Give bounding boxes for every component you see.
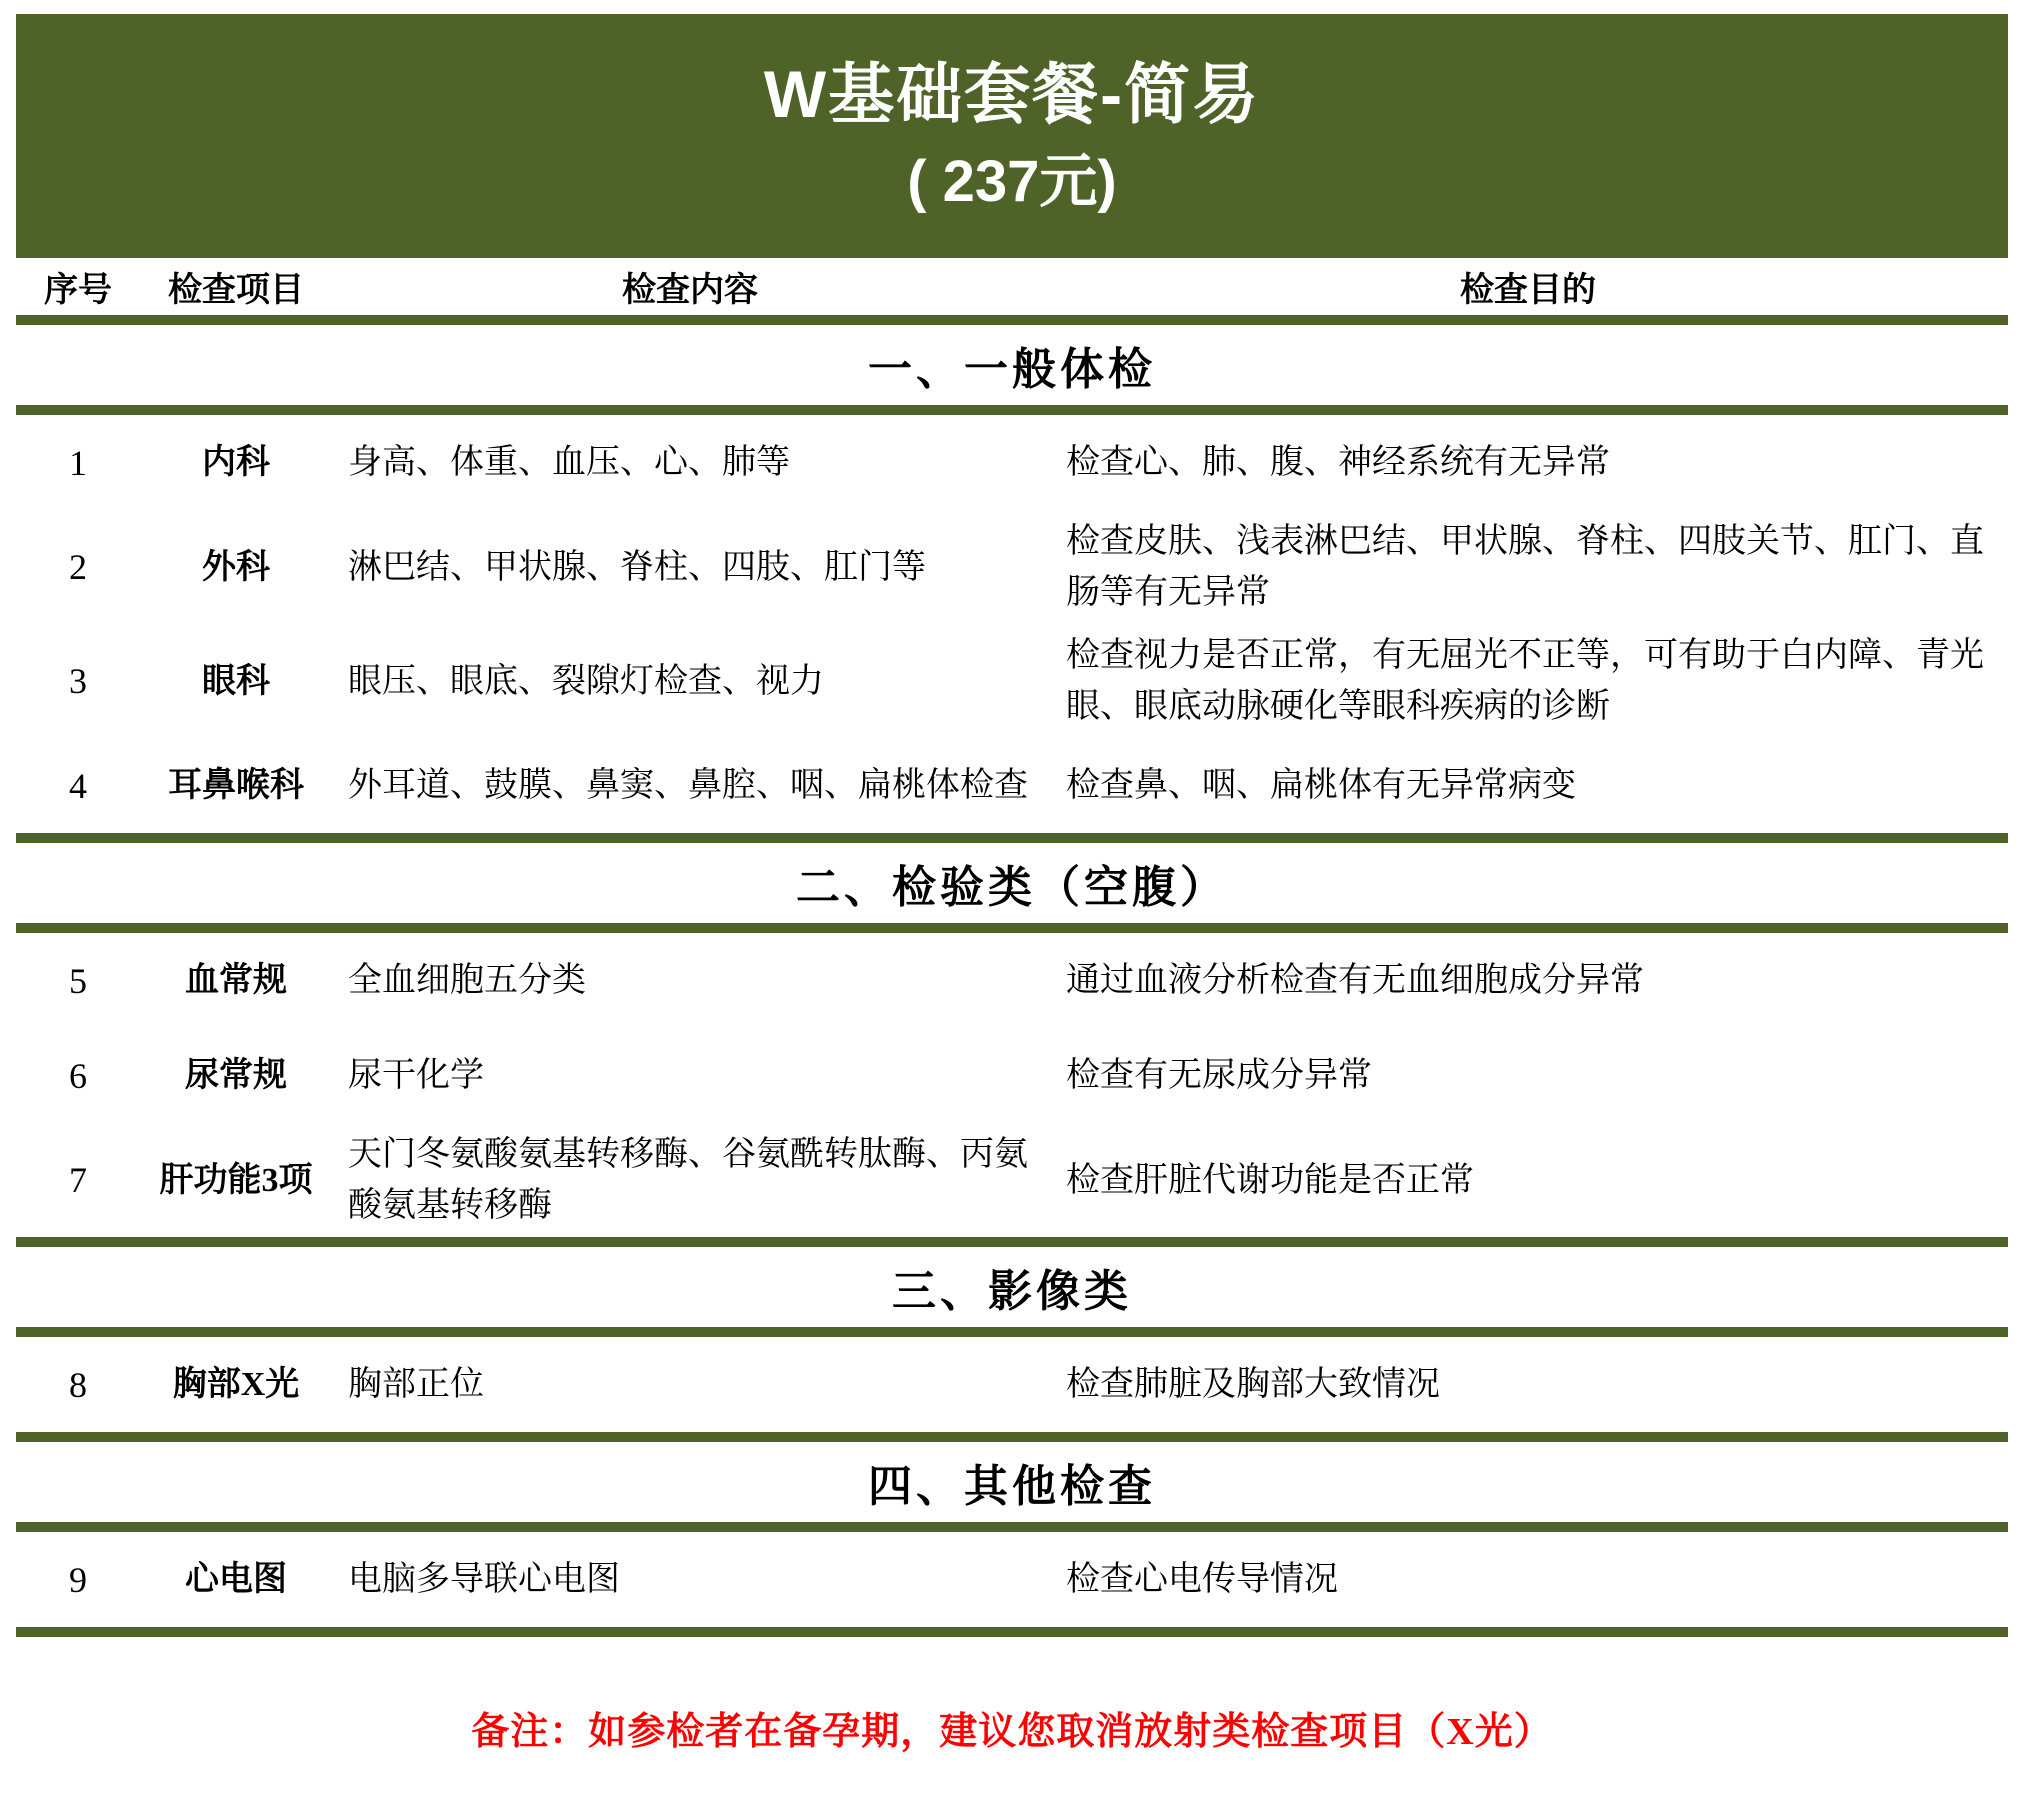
table-body: 一、一般体检 1 内科 身高、体重、血压、心、肺等 检查心、肺、腹、神经系统有无…: [16, 315, 2008, 1637]
table-row: 5 血常规 全血细胞五分类 通过血液分析检查有无血细胞成分异常: [16, 933, 2008, 1028]
row-item-name: 尿常规: [140, 1050, 332, 1101]
row-check-content: 天门冬氨酸氨基转移酶、谷氨酰转肽酶、丙氨酸氨基转移酶: [332, 1129, 1048, 1231]
section-divider: [16, 923, 2008, 933]
table-row: 2 外科 淋巴结、甲状腺、脊柱、四肢、肛门等 检查皮肤、浅表淋巴结、甲状腺、脊柱…: [16, 510, 2008, 624]
row-number: 3: [16, 654, 140, 708]
section-title: 一、一般体检: [16, 325, 2008, 405]
section-title: 二、检验类（空腹）: [16, 843, 2008, 923]
section-divider: [16, 1237, 2008, 1247]
row-check-purpose: 检查鼻、咽、扁桃体有无异常病变: [1048, 760, 2008, 811]
row-item-name: 血常规: [140, 955, 332, 1006]
row-number: 8: [16, 1358, 140, 1412]
row-item-name: 眼科: [140, 656, 332, 707]
row-check-purpose: 检查心、肺、腹、神经系统有无异常: [1048, 437, 2008, 488]
section-divider: [16, 1522, 2008, 1532]
row-number: 1: [16, 436, 140, 490]
row-check-content: 眼压、眼底、裂隙灯检查、视力: [332, 656, 1048, 707]
row-number: 5: [16, 954, 140, 1008]
table-column-header-row: 序号 检查项目 检查内容 检查目的: [16, 258, 2008, 315]
column-header-content: 检查内容: [332, 262, 1048, 311]
row-check-purpose: 检查肝脏代谢功能是否正常: [1048, 1155, 2008, 1206]
row-item-name: 耳鼻喉科: [140, 760, 332, 811]
table-row: 8 胸部X光 胸部正位 检查肺脏及胸部大致情况: [16, 1337, 2008, 1432]
column-header-no: 序号: [16, 262, 140, 311]
table-row: 1 内科 身高、体重、血压、心、肺等 检查心、肺、腹、神经系统有无异常: [16, 415, 2008, 510]
footer-note: 备注：如参检者在备孕期，建议您取消放射类检查项目（X光）: [16, 1637, 2008, 1818]
row-check-content: 胸部正位: [332, 1359, 1048, 1410]
table-row: 7 肝功能3项 天门冬氨酸氨基转移酶、谷氨酰转肽酶、丙氨酸氨基转移酶 检查肝脏代…: [16, 1123, 2008, 1237]
row-number: 7: [16, 1153, 140, 1207]
row-check-purpose: 通过血液分析检查有无血细胞成分异常: [1048, 955, 2008, 1006]
row-number: 4: [16, 759, 140, 813]
row-check-content: 外耳道、鼓膜、鼻窦、鼻腔、咽、扁桃体检查: [332, 760, 1048, 811]
row-number: 6: [16, 1049, 140, 1103]
row-check-content: 电脑多导联心电图: [332, 1554, 1048, 1605]
row-item-name: 肝功能3项: [140, 1155, 332, 1206]
row-check-purpose: 检查视力是否正常，有无屈光不正等，可有助于白内障、青光眼、眼底动脉硬化等眼科疾病…: [1048, 630, 2008, 732]
section-divider: [16, 315, 2008, 325]
row-item-name: 外科: [140, 542, 332, 593]
row-check-purpose: 检查肺脏及胸部大致情况: [1048, 1359, 2008, 1410]
section-title: 四、其他检查: [16, 1442, 2008, 1522]
package-price: ( 237元): [907, 153, 1117, 211]
row-check-content: 全血细胞五分类: [332, 955, 1048, 1006]
row-check-purpose: 检查心电传导情况: [1048, 1554, 2008, 1605]
row-number: 9: [16, 1553, 140, 1607]
table-row: 6 尿常规 尿干化学 检查有无尿成分异常: [16, 1028, 2008, 1123]
table-row: 3 眼科 眼压、眼底、裂隙灯检查、视力 检查视力是否正常，有无屈光不正等，可有助…: [16, 624, 2008, 738]
section-divider: [16, 833, 2008, 843]
row-check-content: 身高、体重、血压、心、肺等: [332, 437, 1048, 488]
checkup-package-document: W基础套餐-简易 ( 237元) 序号 检查项目 检查内容 检查目的 一、一般体…: [0, 0, 2024, 1818]
table-row: 9 心电图 电脑多导联心电图 检查心电传导情况: [16, 1532, 2008, 1627]
section-divider: [16, 1432, 2008, 1442]
row-check-purpose: 检查皮肤、浅表淋巴结、甲状腺、脊柱、四肢关节、肛门、直肠等有无异常: [1048, 516, 2008, 618]
section-divider: [16, 405, 2008, 415]
section-divider: [16, 1327, 2008, 1337]
column-header-item: 检查项目: [140, 262, 332, 311]
package-title-banner: W基础套餐-简易 ( 237元): [16, 14, 2008, 258]
row-check-content: 淋巴结、甲状腺、脊柱、四肢、肛门等: [332, 542, 1048, 593]
section-title: 三、影像类: [16, 1247, 2008, 1327]
row-number: 2: [16, 540, 140, 594]
row-check-content: 尿干化学: [332, 1050, 1048, 1101]
section-divider: [16, 1627, 2008, 1637]
row-item-name: 心电图: [140, 1554, 332, 1605]
table-row: 4 耳鼻喉科 外耳道、鼓膜、鼻窦、鼻腔、咽、扁桃体检查 检查鼻、咽、扁桃体有无异…: [16, 738, 2008, 833]
package-name: W基础套餐-简易: [764, 61, 1260, 127]
column-header-purpose: 检查目的: [1048, 262, 2008, 311]
row-check-purpose: 检查有无尿成分异常: [1048, 1050, 2008, 1101]
row-item-name: 胸部X光: [140, 1359, 332, 1410]
row-item-name: 内科: [140, 437, 332, 488]
